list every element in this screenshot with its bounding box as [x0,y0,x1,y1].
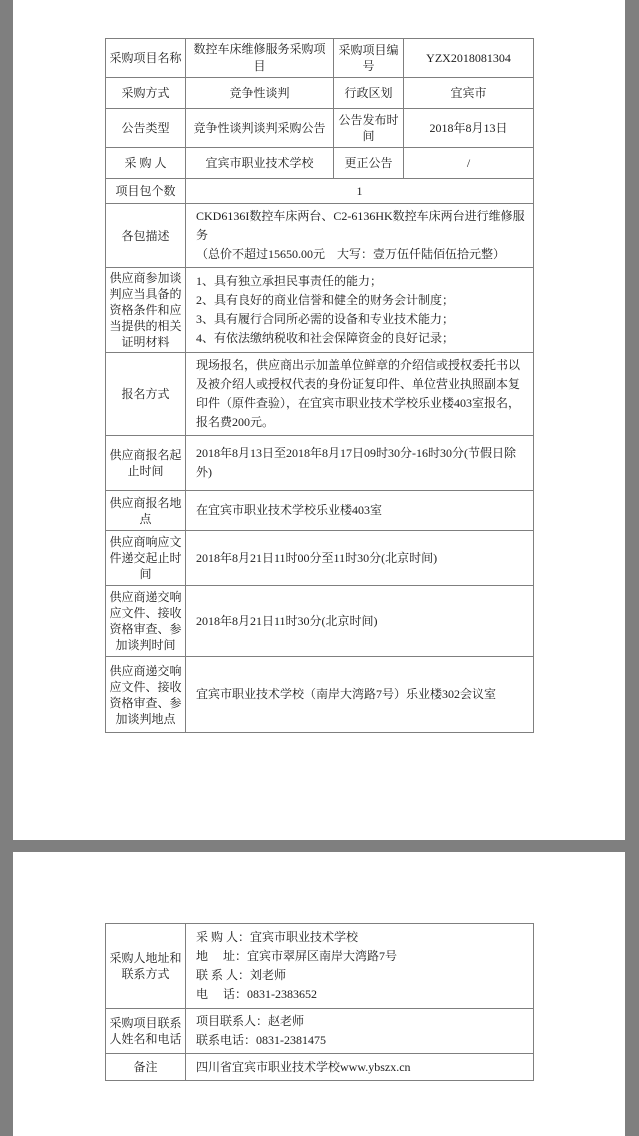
row-value: YZX2018081304 [404,39,534,78]
row-label: 行政区划 [334,78,404,109]
row-label: 采购方式 [106,78,186,109]
table-row: 备注 四川省宜宾市职业技术学校www.ybszx.cn [106,1054,534,1081]
row-value: / [404,148,534,179]
row-value: 竞争性谈判 [186,78,334,109]
row-label: 采购项目编号 [334,39,404,78]
row-value: 2018年8月13日至2018年8月17日09时30分-16时30分(节假日除外… [186,436,534,491]
row-value: CKD6136I数控车床两台、C2-6136HK数控车床两台进行维修服务 （总价… [186,204,534,268]
row-value: 采 购 人：宜宾市职业技术学校 地 址：宜宾市翠屏区南岸大湾路7号 联 系 人：… [186,924,534,1009]
row-label: 项目包个数 [106,179,186,204]
table-row: 采 购 人 宜宾市职业技术学校 更正公告 / [106,148,534,179]
value-line: （总价不超过15650.00元 大写：壹万伍仟陆佰伍拾元整） [196,245,525,264]
table-row: 采购项目名称 数控车床维修服务采购项目 采购项目编号 YZX2018081304 [106,39,534,78]
row-value: 宜宾市职业技术学校（南岸大湾路7号）乐业楼302会议室 [186,657,534,733]
row-label: 报名方式 [106,353,186,436]
row-label: 供应商参加谈判应当具备的资格条件和应当提供的相关证明材料 [106,268,186,353]
document-page-2: 采购人地址和联系方式 采 购 人：宜宾市职业技术学校 地 址：宜宾市翠屏区南岸大… [13,852,625,1136]
row-label: 供应商报名地点 [106,491,186,531]
row-value: 现场报名，供应商出示加盖单位鲜章的介绍信或授权委托书以及被介绍人或授权代表的身份… [186,353,534,436]
row-value: 数控车床维修服务采购项目 [186,39,334,78]
value-line: 地 址：宜宾市翠屏区南岸大湾路7号 [196,947,525,966]
table-row: 采购方式 竞争性谈判 行政区划 宜宾市 [106,78,534,109]
row-value: 竞争性谈判谈判采购公告 [186,109,334,148]
row-value: 四川省宜宾市职业技术学校www.ybszx.cn [186,1054,534,1081]
value-line: 项目联系人：赵老师 [196,1012,525,1031]
row-label: 各包描述 [106,204,186,268]
table-row: 供应商报名地点 在宜宾市职业技术学校乐业楼403室 [106,491,534,531]
table-row: 采购人地址和联系方式 采 购 人：宜宾市职业技术学校 地 址：宜宾市翠屏区南岸大… [106,924,534,1009]
table-row: 采购项目联系人姓名和电话 项目联系人：赵老师 联系电话：0831-2381475 [106,1009,534,1054]
row-label: 供应商响应文件递交起止时间 [106,531,186,586]
row-label: 供应商报名起止时间 [106,436,186,491]
table-row: 供应商递交响应文件、接收资格审查、参加谈判时间 2018年8月21日11时30分… [106,586,534,657]
table-row: 供应商递交响应文件、接收资格审查、参加谈判地点 宜宾市职业技术学校（南岸大湾路7… [106,657,534,733]
row-label: 供应商递交响应文件、接收资格审查、参加谈判地点 [106,657,186,733]
row-value: 宜宾市 [404,78,534,109]
value-line: 电 话：0831-2383652 [196,985,525,1004]
value-line: 1、具有独立承担民事责任的能力； [196,272,525,291]
value-line: 采 购 人：宜宾市职业技术学校 [196,928,525,947]
row-value: 在宜宾市职业技术学校乐业楼403室 [186,491,534,531]
row-label: 供应商递交响应文件、接收资格审查、参加谈判时间 [106,586,186,657]
row-label: 更正公告 [334,148,404,179]
value-line: 4、有依法缴纳税收和社会保障资金的良好记录； [196,329,525,348]
table-row: 供应商响应文件递交起止时间 2018年8月21日11时00分至11时30分(北京… [106,531,534,586]
value-line: 联系电话：0831-2381475 [196,1031,525,1050]
row-label: 公告发布时间 [334,109,404,148]
row-value: 2018年8月21日11时00分至11时30分(北京时间) [186,531,534,586]
row-value: 项目联系人：赵老师 联系电话：0831-2381475 [186,1009,534,1054]
value-line: 3、具有履行合同所必需的设备和专业技术能力； [196,310,525,329]
table-row: 公告类型 竞争性谈判谈判采购公告 公告发布时间 2018年8月13日 [106,109,534,148]
row-value: 宜宾市职业技术学校 [186,148,334,179]
value-line: 2、具有良好的商业信誉和健全的财务会计制度； [196,291,525,310]
row-value: 1 [186,179,534,204]
table-row: 各包描述 CKD6136I数控车床两台、C2-6136HK数控车床两台进行维修服… [106,204,534,268]
table-row: 供应商参加谈判应当具备的资格条件和应当提供的相关证明材料 1、具有独立承担民事责… [106,268,534,353]
table-row: 项目包个数 1 [106,179,534,204]
row-value: 2018年8月21日11时30分(北京时间) [186,586,534,657]
row-value: 2018年8月13日 [404,109,534,148]
row-label: 采 购 人 [106,148,186,179]
row-label: 采购项目名称 [106,39,186,78]
row-label: 采购项目联系人姓名和电话 [106,1009,186,1054]
procurement-info-table: 采购项目名称 数控车床维修服务采购项目 采购项目编号 YZX2018081304… [105,38,534,733]
row-label: 备注 [106,1054,186,1081]
contact-info-table: 采购人地址和联系方式 采 购 人：宜宾市职业技术学校 地 址：宜宾市翠屏区南岸大… [105,923,534,1081]
table-row: 供应商报名起止时间 2018年8月13日至2018年8月17日09时30分-16… [106,436,534,491]
value-line: CKD6136I数控车床两台、C2-6136HK数控车床两台进行维修服务 [196,207,525,245]
document-page-1: 采购项目名称 数控车床维修服务采购项目 采购项目编号 YZX2018081304… [13,0,625,840]
row-label: 采购人地址和联系方式 [106,924,186,1009]
row-label: 公告类型 [106,109,186,148]
row-value: 1、具有独立承担民事责任的能力； 2、具有良好的商业信誉和健全的财务会计制度； … [186,268,534,353]
table-row: 报名方式 现场报名，供应商出示加盖单位鲜章的介绍信或授权委托书以及被介绍人或授权… [106,353,534,436]
value-line: 联 系 人：刘老师 [196,966,525,985]
document-viewer-background: 采购项目名称 数控车床维修服务采购项目 采购项目编号 YZX2018081304… [0,0,639,1136]
